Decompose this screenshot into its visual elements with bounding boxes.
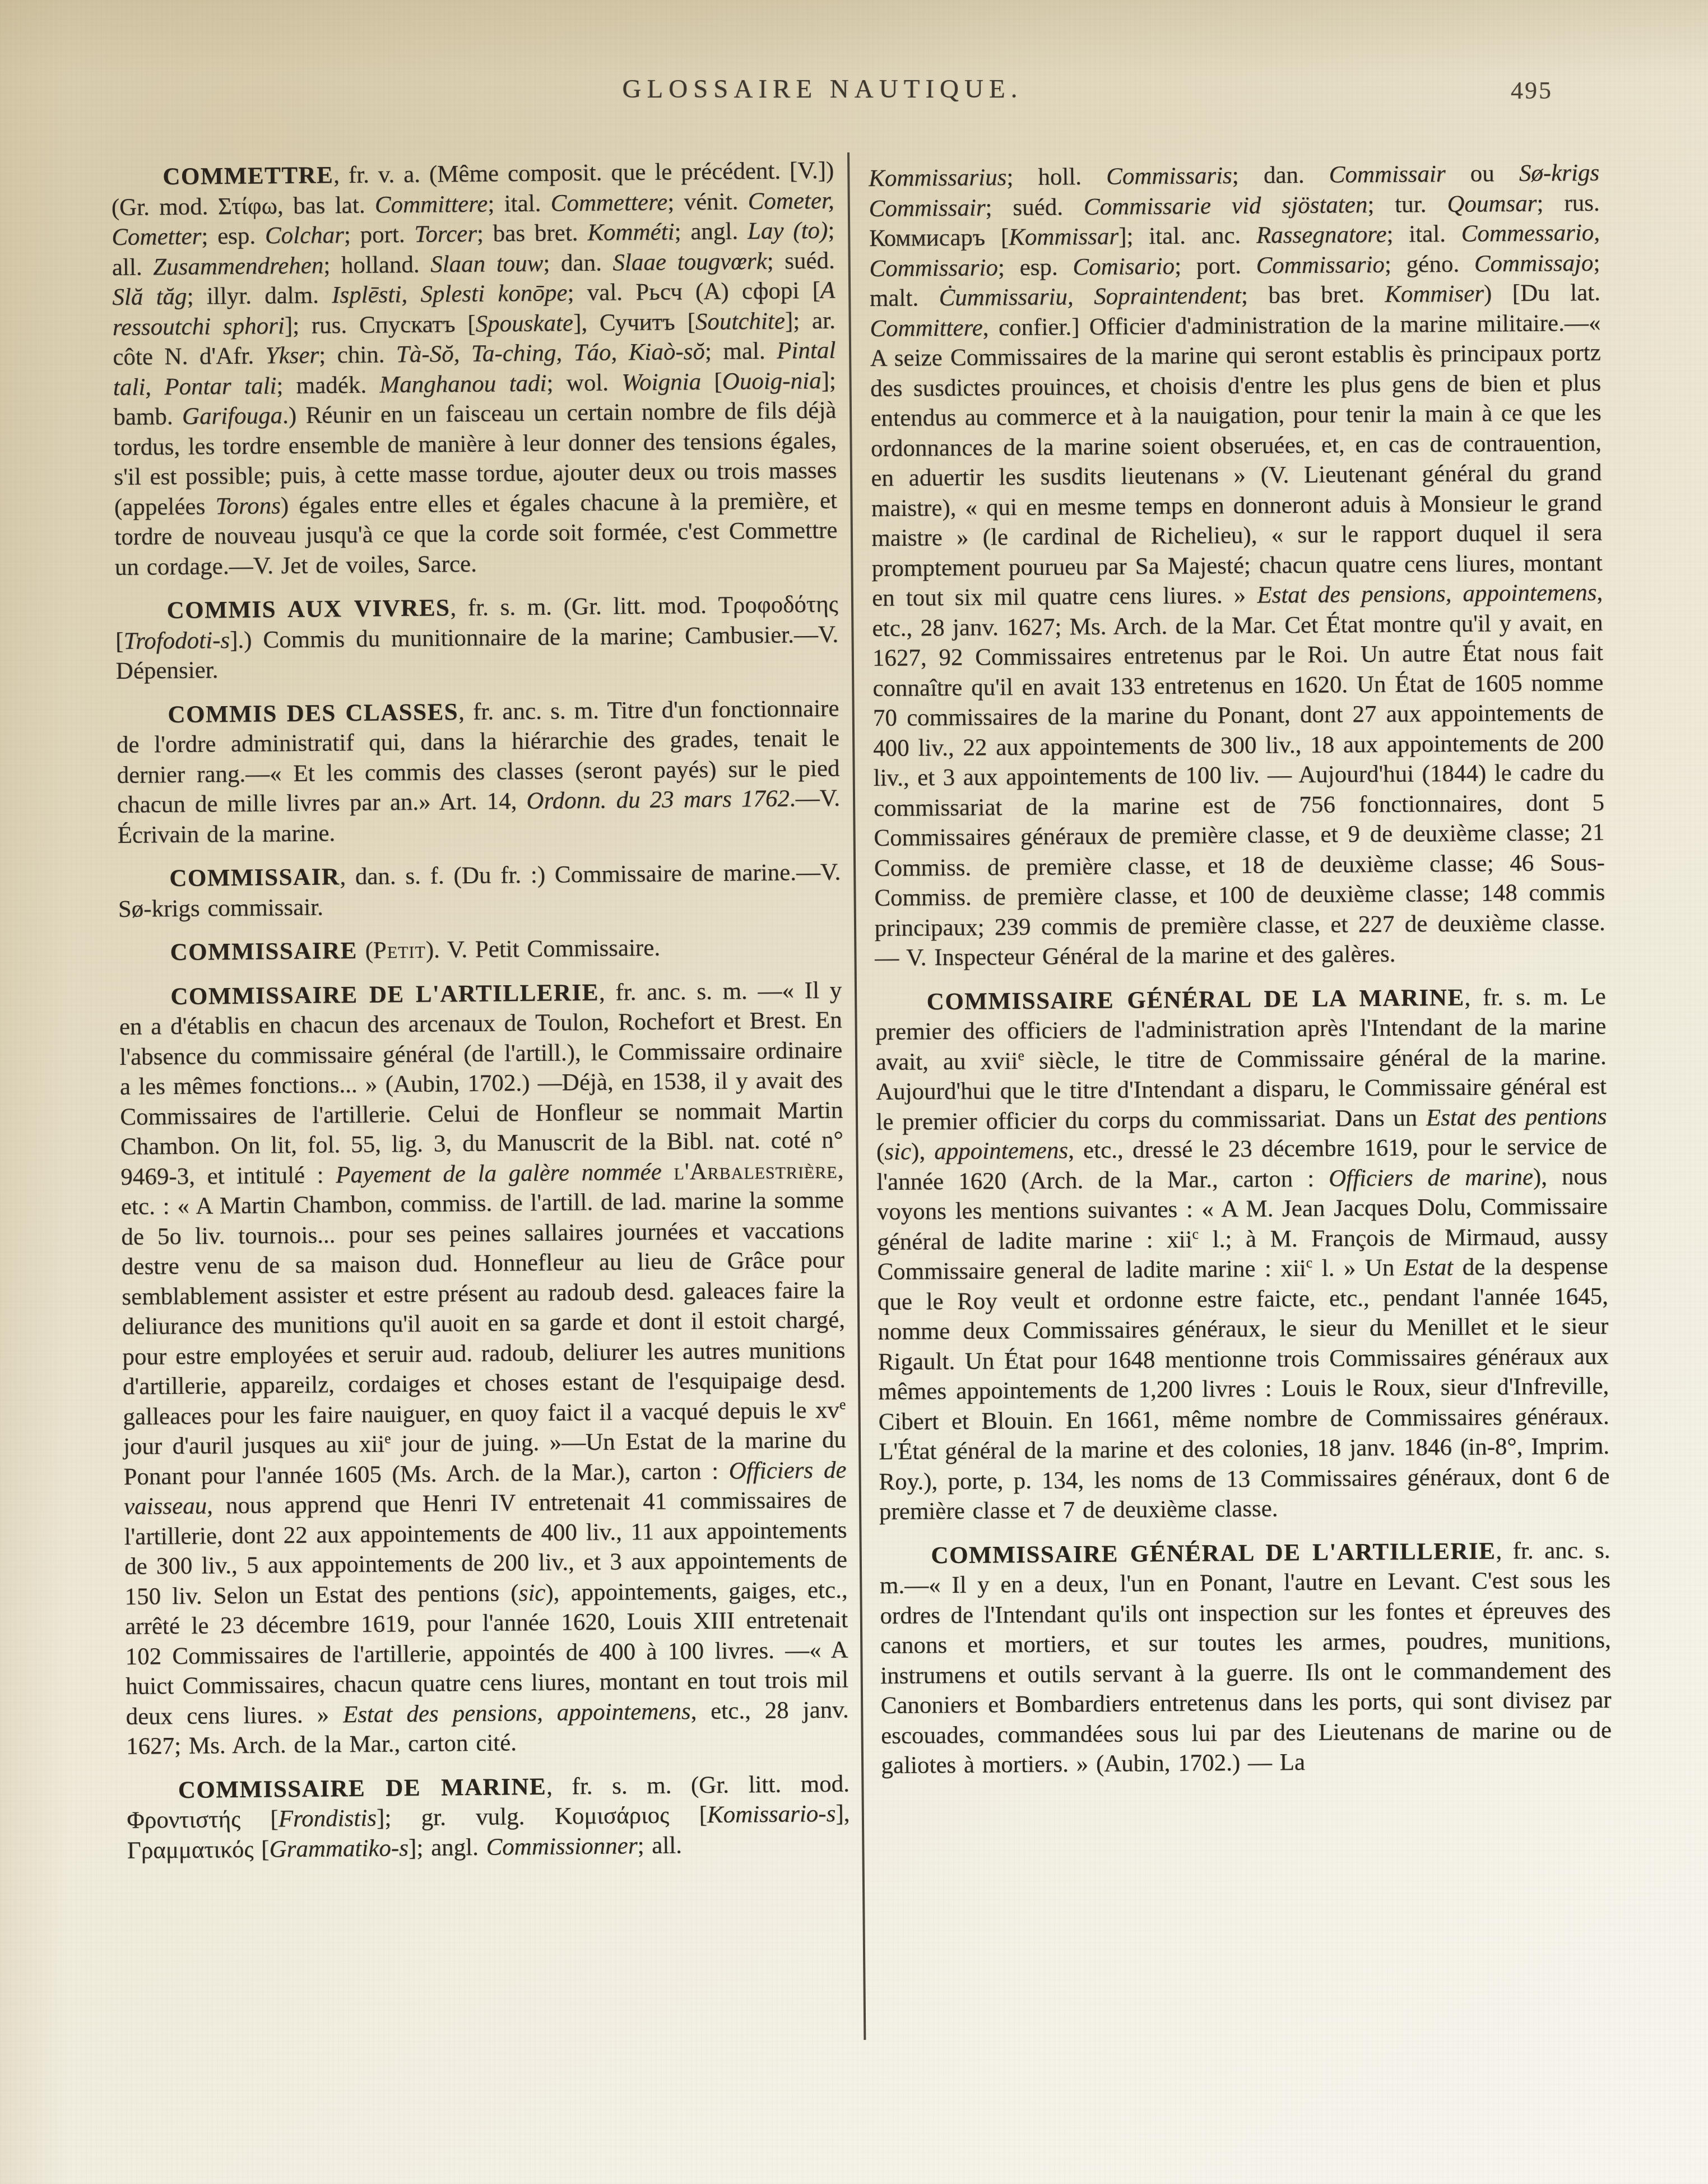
text-segment: , confier.] Officier d'administration de… bbox=[870, 309, 1603, 611]
text-segment: ]; angl. bbox=[409, 1834, 486, 1861]
text-segment: Estat des pensions, appointemens bbox=[1257, 579, 1596, 609]
text-segment: Zusammendrehen bbox=[153, 252, 324, 280]
text-segment: ; dan. bbox=[543, 249, 612, 276]
text-segment: ) [Du lat. bbox=[1484, 280, 1600, 307]
text-segment: Comisario bbox=[1073, 253, 1175, 280]
entry-commissaire-general-de-la-marine: COMMISSAIRE GÉNÉRAL DE LA MARINE, fr. s.… bbox=[875, 981, 1610, 1527]
text-segment: ]; rus. Спускатъ [ bbox=[285, 310, 476, 339]
text-segment: Soutchite bbox=[695, 308, 785, 335]
text-segment: ]; ital. anc. bbox=[1118, 222, 1256, 250]
text-segment: Garifouga bbox=[182, 402, 283, 430]
entry-commissaire-de-marine-continuation: Kommissarius; holl. Commissaris; dan. Co… bbox=[869, 158, 1605, 973]
text-segment: Commissionner bbox=[486, 1833, 637, 1861]
column-divider bbox=[847, 152, 866, 2040]
text-segment: ), bbox=[911, 1138, 935, 1165]
text-column-left: COMMETTRE, fr. v. a. (Même composit. que… bbox=[111, 156, 850, 1866]
text-segment: Committere bbox=[870, 314, 983, 342]
entry-commissaire-general-de-l-artillerie: COMMISSAIRE GÉNÉRAL DE L'ARTILLERIE, fr.… bbox=[879, 1535, 1612, 1780]
text-segment: Trofodoti-s bbox=[123, 627, 230, 655]
text-segment: ( bbox=[358, 938, 374, 964]
text-segment: , etc. : « A Martin Chambon, commiss. de… bbox=[121, 1157, 846, 1430]
text-segment: Torons bbox=[215, 493, 281, 520]
text-segment: ; ital. bbox=[1386, 221, 1461, 248]
text-segment: Rassegnatore bbox=[1256, 221, 1387, 249]
entry-commettre: COMMETTRE, fr. v. a. (Même composit. que… bbox=[111, 156, 838, 582]
text-segment: Colchar bbox=[265, 222, 344, 249]
text-segment: ou bbox=[1445, 160, 1519, 187]
text-segment: Kommiser bbox=[1385, 280, 1484, 307]
text-segment: ; holl. bbox=[1006, 164, 1106, 191]
text-segment: jour d'auril jusques au xii bbox=[123, 1431, 385, 1459]
scanned-page: GLOSSAIRE NAUTIQUE. 495 COMMETTRE, fr. v… bbox=[0, 0, 1708, 2184]
entry-commissaire-de-marine: COMMISSAIRE DE MARINE, fr. s. m. (Gr. li… bbox=[127, 1769, 850, 1866]
text-segment: Woignia bbox=[621, 368, 701, 395]
text-segment: Kommissar bbox=[1009, 224, 1118, 251]
headword: COMMISSAIRE DE MARINE bbox=[178, 1773, 547, 1803]
text-segment: Qoumsar bbox=[1447, 190, 1537, 217]
text-segment: ; géno. bbox=[1385, 251, 1474, 277]
text-segment: ; illyr. dalm. bbox=[187, 282, 332, 309]
text-segment: ; bas bret. bbox=[477, 220, 588, 247]
text-segment: Commissario bbox=[1256, 251, 1385, 279]
text-segment: Grammatiko-s bbox=[269, 1835, 409, 1862]
text-segment: ; angl. bbox=[674, 218, 748, 245]
text-segment: ; port. bbox=[1175, 252, 1256, 279]
text-segment: ; port. bbox=[344, 221, 415, 248]
text-segment: ; suéd. bbox=[985, 193, 1084, 220]
text-segment: , fr. anc. s. m.—« Il y en a deux, l'un … bbox=[880, 1537, 1612, 1779]
text-segment: , etc., 28 janv. 1627; Ms. Arch. de la M… bbox=[872, 579, 1605, 971]
text-segment: ; chin. bbox=[319, 341, 396, 368]
text-segment: l'Arbalestrière bbox=[674, 1157, 838, 1185]
entry-commissaire-petit: COMMISSAIRE (Petit). V. Petit Commissair… bbox=[118, 931, 841, 968]
text-segment: l. » Un bbox=[1312, 1255, 1404, 1282]
entry-commissair: COMMISSAIR, dan. s. f. (Du fr. :) Commis… bbox=[118, 857, 841, 924]
text-segment: c bbox=[1306, 1255, 1312, 1271]
text-segment: Slaae tougvœrk bbox=[612, 248, 767, 276]
headword: COMMISSAIRE DE L'ARTILLERIE bbox=[170, 979, 599, 1009]
page-number: 495 bbox=[1511, 76, 1553, 105]
text-segment: ; ital. bbox=[488, 190, 551, 217]
text-segment: ; suéd. bbox=[767, 247, 835, 274]
text-segment: Estat bbox=[1404, 1254, 1454, 1281]
text-segment: Slaan touw bbox=[430, 250, 544, 277]
text-segment: Spouskate bbox=[475, 310, 573, 337]
text-segment: e bbox=[384, 1430, 391, 1446]
headword: COMMIS AUX VIVRES bbox=[166, 595, 450, 624]
text-segment: Commissajo bbox=[1474, 249, 1594, 277]
text-segment: Estat des pensions, appointemens bbox=[343, 1698, 691, 1728]
text-segment: Commettere bbox=[550, 189, 667, 216]
text-segment: e bbox=[839, 1396, 846, 1412]
text-segment: ; holland. bbox=[323, 251, 430, 279]
text-segment: e bbox=[1018, 1047, 1024, 1063]
text-segment: ], Сучитъ [ bbox=[573, 309, 695, 336]
headword: COMMIS DES CLASSES bbox=[168, 699, 458, 728]
text-segment: Kommissarius bbox=[869, 164, 1006, 192]
text-segment: Komissario-s bbox=[707, 1801, 836, 1828]
page-title: GLOSSAIRE NAUTIQUE. bbox=[623, 74, 1023, 104]
text-segment: Komméti bbox=[587, 219, 675, 245]
text-segment: Torcer bbox=[414, 221, 477, 248]
text-segment: ; mal. bbox=[705, 338, 777, 365]
text-segment: Tà-Sŏ, Ta-ching, Táo, Kiaò-sŏ bbox=[396, 339, 705, 368]
headword: COMMETTRE bbox=[163, 162, 333, 190]
text-segment: Lay (to) bbox=[748, 217, 828, 244]
text-segment: ; esp. bbox=[201, 222, 265, 249]
text-segment: sic bbox=[884, 1138, 911, 1165]
text-segment: Isplēsti, Splesti konōpe bbox=[332, 280, 568, 308]
text-segment: ( bbox=[876, 1139, 885, 1165]
text-segment: ; madék. bbox=[276, 372, 379, 399]
text-segment: sic bbox=[518, 1579, 545, 1606]
entry-commis-des-classes: COMMIS DES CLASSES, fr. anc. s. m. Titre… bbox=[116, 693, 841, 850]
text-segment: ]; gr. vulg. Κομισάριος [ bbox=[377, 1802, 707, 1831]
text-segment: Frondistis bbox=[279, 1805, 377, 1833]
text-segment: de la despense que le Roy veult et ordon… bbox=[878, 1253, 1610, 1525]
text-segment: ; tur. bbox=[1367, 191, 1447, 217]
entry-commissaire-de-l-artillerie: COMMISSAIRE DE L'ARTILLERIE, fr. anc. s.… bbox=[119, 975, 849, 1761]
text-segment: Ċummissariu, Sopraintendent bbox=[939, 282, 1241, 311]
text-segment: Committere bbox=[375, 191, 488, 218]
text-segment: Ordonn. du 23 mars 1762 bbox=[526, 785, 790, 814]
text-segment: Slă tăg bbox=[112, 284, 187, 310]
text-segment: Commissarie vid sjöstaten bbox=[1084, 192, 1368, 220]
text-segment: Commissaris bbox=[1106, 163, 1232, 190]
headword: COMMISSAIRE GÉNÉRAL DE LA MARINE bbox=[927, 984, 1465, 1015]
text-segment: Ouoig-nia bbox=[722, 367, 821, 395]
headword: COMMISSAIRE bbox=[170, 938, 358, 966]
text-segment: Estat des pentions bbox=[1426, 1103, 1607, 1131]
text-segment: Officiers de marine bbox=[1329, 1163, 1533, 1191]
text-segment: ; esp. bbox=[998, 254, 1073, 281]
text-segment: ; wol. bbox=[546, 369, 621, 396]
headword: COMMISSAIR bbox=[169, 864, 340, 892]
text-segment: ; vénit. bbox=[667, 188, 748, 215]
text-segment: Petit bbox=[373, 937, 426, 964]
text-segment: Manghanou tadi bbox=[379, 370, 546, 398]
text-column-right: Kommissarius; holl. Commissaris; dan. Co… bbox=[869, 158, 1612, 1781]
text-segment: Payement de la galère nommée bbox=[336, 1158, 674, 1188]
text-segment: Commissair bbox=[1329, 161, 1446, 188]
entry-commis-aux-vivres: COMMIS AUX VIVRES, fr. s. m. (Gr. litt. … bbox=[115, 590, 838, 687]
text-segment: ). V. Petit Commissaire. bbox=[426, 935, 661, 963]
text-segment: [ bbox=[701, 368, 722, 395]
text-segment: ; dan. bbox=[1232, 162, 1329, 189]
text-segment: c bbox=[1192, 1226, 1199, 1242]
text-segment: ; bas bret. bbox=[1241, 281, 1385, 309]
headword: COMMISSAIRE GÉNÉRAL DE L'ARTILLERIE bbox=[931, 1538, 1496, 1569]
text-segment: appointemens bbox=[934, 1137, 1068, 1165]
text-segment: ; val. Рьсч (А) сфорі [ bbox=[567, 277, 820, 306]
text-segment: Ykser bbox=[265, 342, 319, 369]
text-segment: ; all. bbox=[637, 1832, 682, 1859]
